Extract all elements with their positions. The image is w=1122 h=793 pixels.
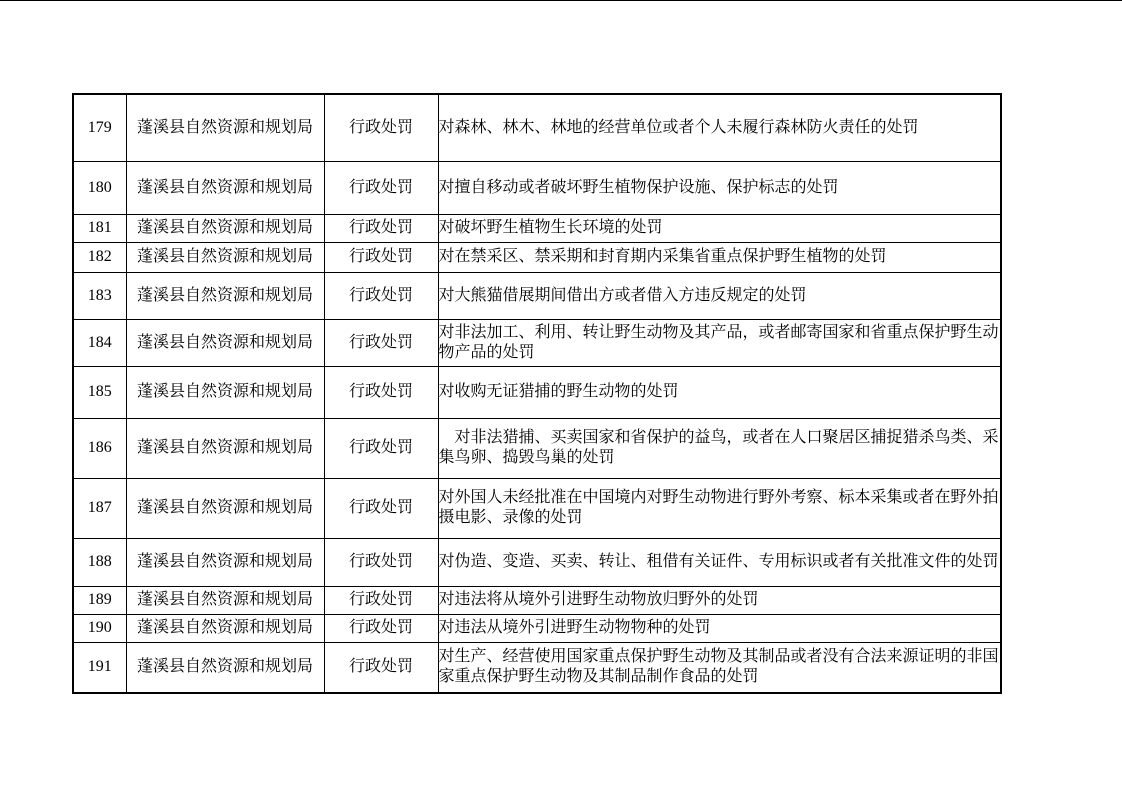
cell-category: 行政处罚 — [324, 614, 438, 642]
cell-department: 蓬溪县自然资源和规划局 — [126, 214, 324, 242]
cell-row-number: 185 — [73, 366, 126, 418]
cell-penalty-description: 对收购无证猎捕的野生动物的处罚 — [438, 366, 1001, 418]
penalty-table: 179蓬溪县自然资源和规划局行政处罚对森林、林木、林地的经营单位或者个人未履行森… — [72, 93, 1002, 694]
cell-category: 行政处罚 — [324, 538, 438, 586]
document-page: 179蓬溪县自然资源和规划局行政处罚对森林、林木、林地的经营单位或者个人未履行森… — [0, 0, 1122, 793]
cell-category: 行政处罚 — [324, 366, 438, 418]
cell-row-number: 181 — [73, 214, 126, 242]
cell-penalty-description: 对大熊猫借展期间借出方或者借入方违反规定的处罚 — [438, 272, 1001, 319]
cell-category: 行政处罚 — [324, 319, 438, 366]
table-row: 191蓬溪县自然资源和规划局行政处罚对生产、经营使用国家重点保护野生动物及其制品… — [73, 642, 1001, 693]
cell-penalty-description: 对擅自移动或者破坏野生植物保护设施、保护标志的处罚 — [438, 161, 1001, 214]
cell-row-number: 180 — [73, 161, 126, 214]
cell-penalty-description: 对在禁采区、禁采期和封育期内采集省重点保护野生植物的处罚 — [438, 242, 1001, 272]
table-row: 182蓬溪县自然资源和规划局行政处罚对在禁采区、禁采期和封育期内采集省重点保护野… — [73, 242, 1001, 272]
cell-department: 蓬溪县自然资源和规划局 — [126, 94, 324, 161]
cell-row-number: 186 — [73, 418, 126, 478]
cell-penalty-description: 对违法从境外引进野生动物物种的处罚 — [438, 614, 1001, 642]
table-row: 186蓬溪县自然资源和规划局行政处罚 对非法猎捕、买卖国家和省保护的益鸟，或者在… — [73, 418, 1001, 478]
cell-category: 行政处罚 — [324, 642, 438, 693]
cell-category: 行政处罚 — [324, 272, 438, 319]
cell-category: 行政处罚 — [324, 478, 438, 538]
cell-penalty-description: 对违法将从境外引进野生动物放归野外的处罚 — [438, 586, 1001, 614]
cell-department: 蓬溪县自然资源和规划局 — [126, 242, 324, 272]
cell-penalty-description: 对生产、经营使用国家重点保护野生动物及其制品或者没有合法来源证明的非国家重点保护… — [438, 642, 1001, 693]
table-row: 187蓬溪县自然资源和规划局行政处罚对外国人未经批准在中国境内对野生动物进行野外… — [73, 478, 1001, 538]
cell-department: 蓬溪县自然资源和规划局 — [126, 161, 324, 214]
cell-department: 蓬溪县自然资源和规划局 — [126, 478, 324, 538]
table-row: 180蓬溪县自然资源和规划局行政处罚对擅自移动或者破坏野生植物保护设施、保护标志… — [73, 161, 1001, 214]
cell-row-number: 182 — [73, 242, 126, 272]
cell-department: 蓬溪县自然资源和规划局 — [126, 418, 324, 478]
cell-category: 行政处罚 — [324, 418, 438, 478]
cell-penalty-description: 对外国人未经批准在中国境内对野生动物进行野外考察、标本采集或者在野外拍摄电影、录… — [438, 478, 1001, 538]
cell-department: 蓬溪县自然资源和规划局 — [126, 366, 324, 418]
cell-row-number: 184 — [73, 319, 126, 366]
cell-penalty-description: 对森林、林木、林地的经营单位或者个人未履行森林防火责任的处罚 — [438, 94, 1001, 161]
cell-category: 行政处罚 — [324, 242, 438, 272]
cell-penalty-description: 对非法加工、利用、转让野生动物及其产品，或者邮寄国家和省重点保护野生动物产品的处… — [438, 319, 1001, 366]
cell-row-number: 189 — [73, 586, 126, 614]
cell-department: 蓬溪县自然资源和规划局 — [126, 642, 324, 693]
cell-department: 蓬溪县自然资源和规划局 — [126, 586, 324, 614]
cell-category: 行政处罚 — [324, 586, 438, 614]
cell-row-number: 191 — [73, 642, 126, 693]
table-row: 188蓬溪县自然资源和规划局行政处罚对伪造、变造、买卖、转让、租借有关证件、专用… — [73, 538, 1001, 586]
table-row: 184蓬溪县自然资源和规划局行政处罚对非法加工、利用、转让野生动物及其产品，或者… — [73, 319, 1001, 366]
cell-row-number: 190 — [73, 614, 126, 642]
cell-penalty-description: 对破坏野生植物生长环境的处罚 — [438, 214, 1001, 242]
table-row: 190蓬溪县自然资源和规划局行政处罚对违法从境外引进野生动物物种的处罚 — [73, 614, 1001, 642]
cell-row-number: 179 — [73, 94, 126, 161]
cell-row-number: 188 — [73, 538, 126, 586]
page-top-edge-line — [0, 0, 1122, 1]
cell-department: 蓬溪县自然资源和规划局 — [126, 614, 324, 642]
table-row: 185蓬溪县自然资源和规划局行政处罚对收购无证猎捕的野生动物的处罚 — [73, 366, 1001, 418]
cell-row-number: 183 — [73, 272, 126, 319]
cell-category: 行政处罚 — [324, 161, 438, 214]
cell-penalty-description: 对非法猎捕、买卖国家和省保护的益鸟，或者在人口聚居区捕捉猎杀鸟类、采集鸟卵、捣毁… — [438, 418, 1001, 478]
table-row: 181蓬溪县自然资源和规划局行政处罚对破坏野生植物生长环境的处罚 — [73, 214, 1001, 242]
cell-department: 蓬溪县自然资源和规划局 — [126, 272, 324, 319]
table-row: 179蓬溪县自然资源和规划局行政处罚对森林、林木、林地的经营单位或者个人未履行森… — [73, 94, 1001, 161]
cell-category: 行政处罚 — [324, 214, 438, 242]
cell-penalty-description: 对伪造、变造、买卖、转让、租借有关证件、专用标识或者有关批准文件的处罚 — [438, 538, 1001, 586]
table-row: 183蓬溪县自然资源和规划局行政处罚对大熊猫借展期间借出方或者借入方违反规定的处… — [73, 272, 1001, 319]
cell-category: 行政处罚 — [324, 94, 438, 161]
penalty-table-body: 179蓬溪县自然资源和规划局行政处罚对森林、林木、林地的经营单位或者个人未履行森… — [73, 94, 1001, 693]
cell-department: 蓬溪县自然资源和规划局 — [126, 538, 324, 586]
cell-department: 蓬溪县自然资源和规划局 — [126, 319, 324, 366]
table-row: 189蓬溪县自然资源和规划局行政处罚对违法将从境外引进野生动物放归野外的处罚 — [73, 586, 1001, 614]
cell-row-number: 187 — [73, 478, 126, 538]
